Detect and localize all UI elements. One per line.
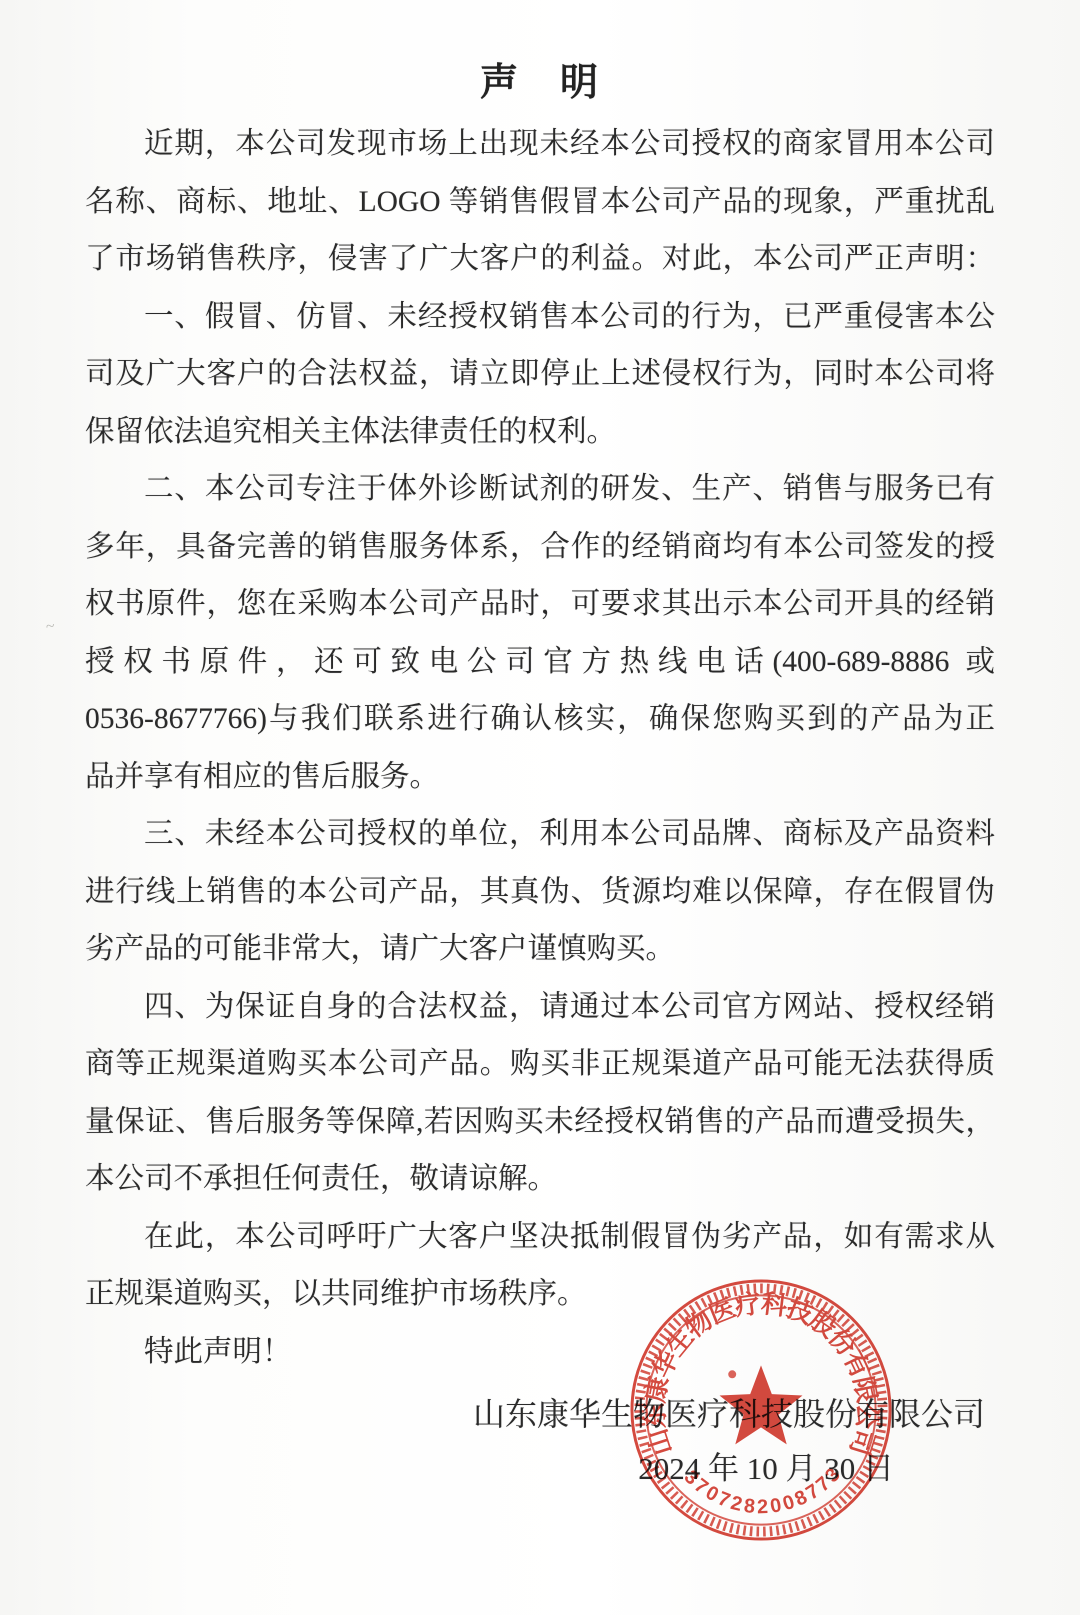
doc-line: 司及广大客户的合法权益，请立即停止上述侵权行为，同时本公司将 (85, 346, 995, 404)
doc-line: 保留依法追究相关主体法律责任的权利。 (85, 404, 995, 462)
doc-line: 本公司不承担任何责任，敬请谅解。 (85, 1151, 995, 1209)
doc-line: 三、未经本公司授权的单位，利用本公司品牌、商标及产品资料 (85, 806, 995, 864)
company-seal-stamp: 山东康华生物医疗科技股份有限公司 3707282008773 (627, 1276, 895, 1544)
doc-line: 量保证、售后服务等保障,若因购买未经授权销售的产品而遭受损失， (85, 1094, 995, 1152)
doc-line: 0536-8677766)与我们联系进行确认核实，确保您购买到的产品为正 (85, 691, 995, 749)
doc-line: 商等正规渠道购买本公司产品。购买非正规渠道产品可能无法获得质 (85, 1036, 995, 1094)
document-body: 近期，本公司发现市场上出现未经本公司授权的商家冒用本公司名称、商标、地址、LOG… (85, 116, 995, 1381)
doc-line: 近期，本公司发现市场上出现未经本公司授权的商家冒用本公司 (85, 116, 995, 174)
doc-line: 权书原件，您在采购本公司产品时，可要求其出示本公司开具的经销 (85, 576, 995, 634)
page-title: 声 明 (85, 60, 995, 106)
doc-line: 四、为保证自身的合法权益，请通过本公司官方网站、授权经销 (85, 979, 995, 1037)
doc-line: 多年，具备完善的销售服务体系，合作的经销商均有本公司签发的授 (85, 519, 995, 577)
doc-line: 进行线上销售的本公司产品，其真伪、货源均难以保障，存在假冒伪 (85, 864, 995, 922)
doc-line: 二、本公司专注于体外诊断试剂的研发、生产、销售与服务已有 (85, 461, 995, 519)
seal-ink-dot (728, 1370, 736, 1378)
doc-line: 授权书原件，还可致电公司官方热线电话(400-689-8886 或 (85, 634, 995, 692)
scan-smudge-mark: ~ (45, 617, 56, 636)
doc-line: 品并享有相应的售后服务。 (85, 749, 995, 807)
doc-line: 劣产品的可能非常大，请广大客户谨慎购买。 (85, 921, 995, 979)
doc-line: 一、假冒、仿冒、未经授权销售本公司的行为，已严重侵害本公 (85, 289, 995, 347)
document-page: 声 明 近期，本公司发现市场上出现未经本公司授权的商家冒用本公司名称、商标、地址… (0, 0, 1080, 1615)
doc-line: 在此，本公司呼吁广大客户坚决抵制假冒伪劣产品，如有需求从 (85, 1209, 995, 1267)
doc-line: 名称、商标、地址、LOGO 等销售假冒本公司产品的现象，严重扰乱 (85, 174, 995, 232)
doc-line: 了市场销售秩序，侵害了广大客户的利益。对此，本公司严正声明： (85, 231, 995, 289)
